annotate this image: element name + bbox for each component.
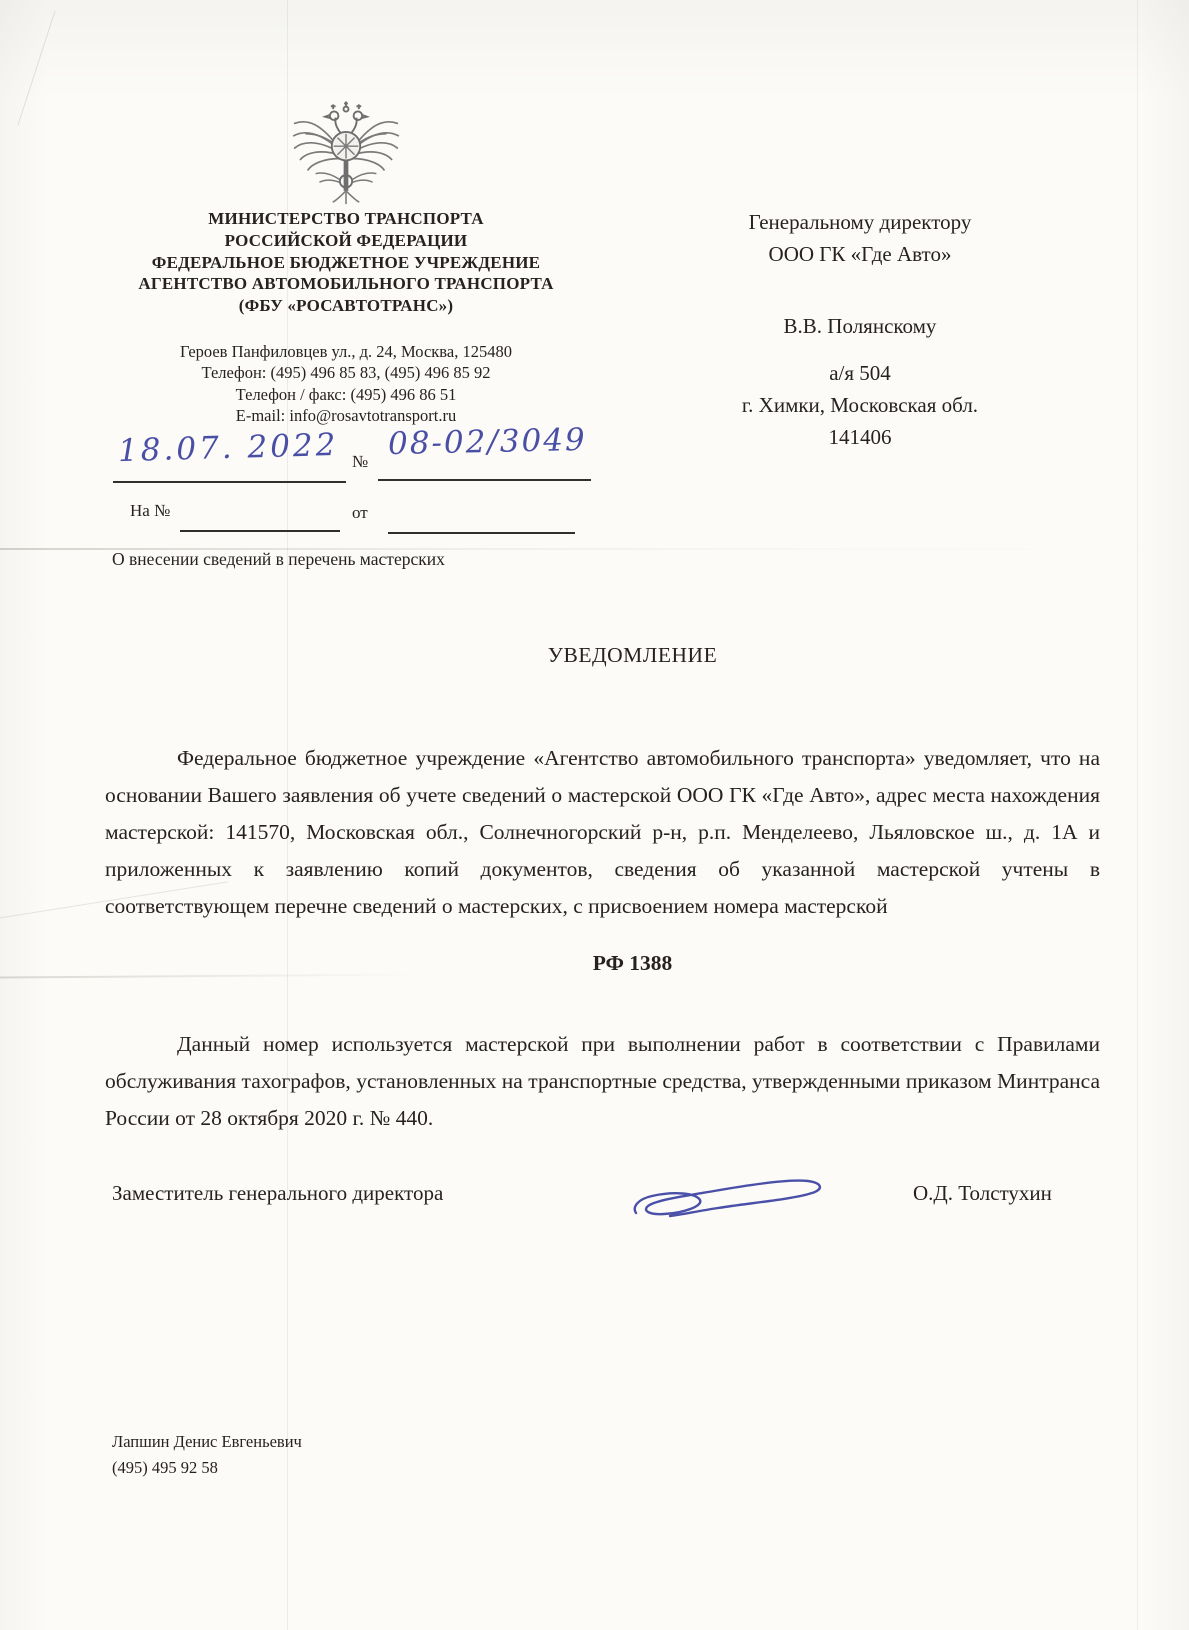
letterhead-org-name: МИНИСТЕРСТВО ТРАНСПОРТА РОССИЙСКОЙ ФЕДЕР… [100,208,592,317]
org-phone: Телефон: (495) 496 85 83, (495) 496 85 9… [100,362,592,383]
org-line: ФЕДЕРАЛЬНОЕ БЮДЖЕТНОЕ УЧРЕЖДЕНИЕ [100,252,592,274]
date-underline [113,481,346,483]
executor-block: Лапшин Денис Евгеньевич (495) 495 92 58 [112,1429,302,1481]
recipient-city: г. Химки, Московская обл. [648,389,1072,421]
org-line: (ФБУ «РОСАВТОТРАНС») [100,295,592,317]
executor-name: Лапшин Денис Евгеньевич [112,1429,302,1455]
paper-crease [17,11,55,125]
recipient-postcode: 141406 [648,421,1072,453]
handwritten-date: 18.07. 2022 [118,427,339,469]
paper-fold-line [1137,0,1138,1630]
executor-phone: (495) 495 92 58 [112,1455,302,1481]
number-underline [378,479,591,481]
assigned-workshop-number: РФ 1388 [140,951,1125,976]
reply-number-underline [180,530,340,532]
signer-name: О.Д. Толстухин [913,1181,1052,1206]
document-title: УВЕДОМЛЕНИЕ [140,643,1125,668]
letter-subject: О внесении сведений в перечень мастерски… [112,549,445,570]
handwritten-outgoing-number: 08-02/3049 [388,422,587,462]
transport-ministry-eagle-emblem [288,92,404,206]
reply-to-number-label: На № [130,501,170,521]
org-line: РОССИЙСКОЙ ФЕДЕРАЦИИ [100,230,592,252]
org-phone-fax: Телефон / факс: (495) 496 86 51 [100,384,592,405]
recipient-block: Генеральному директору ООО ГК «Где Авто»… [648,206,1072,453]
recipient-name: В.В. Полянскому [648,310,1072,342]
org-line: МИНИСТЕРСТВО ТРАНСПОРТА [100,208,592,230]
recipient-company: ООО ГК «Где Авто» [648,238,1072,270]
reply-date-underline [388,532,575,534]
org-line: АГЕНТСТВО АВТОМОБИЛЬНОГО ТРАНСПОРТА [100,273,592,295]
signer-position: Заместитель генерального директора [112,1181,443,1206]
letterhead-contacts: Героев Панфиловцев ул., д. 24, Москва, 1… [100,341,592,426]
body-paragraph-1: Федеральное бюджетное учреждение «Агентс… [105,740,1100,925]
scanned-letter-page: МИНИСТЕРСТВО ТРАНСПОРТА РОССИЙСКОЙ ФЕДЕР… [0,0,1189,1630]
handwritten-signature [622,1163,832,1225]
org-address: Героев Панфиловцев ул., д. 24, Москва, 1… [100,341,592,362]
body-paragraph-2: Данный номер используется мастерской при… [105,1026,1100,1137]
recipient-position: Генеральному директору [648,206,1072,238]
reply-from-label: от [352,503,368,523]
number-sign-label: № [352,452,368,472]
recipient-po-box: а/я 504 [648,357,1072,389]
